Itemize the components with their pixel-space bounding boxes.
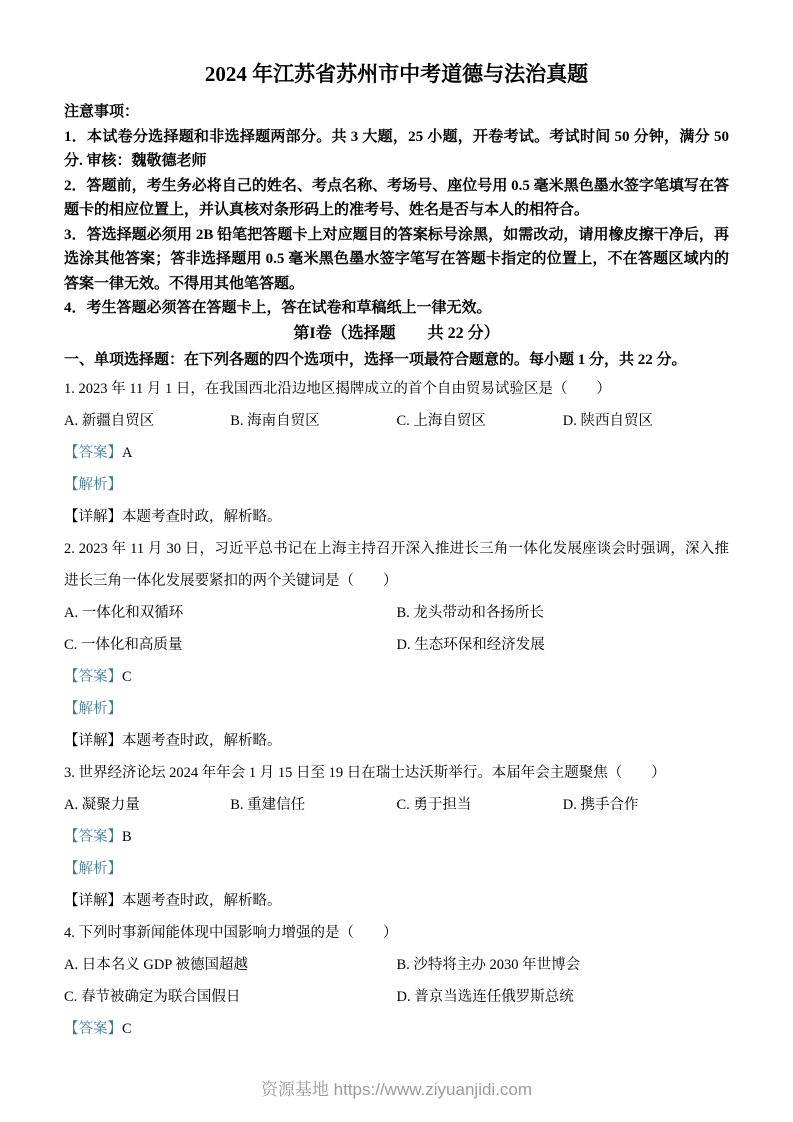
footer-text: 资源基地 https://www.ziyuanjidi.com xyxy=(261,1080,532,1099)
question-stem: 2. 2023 年 11 月 30 日，习近平总书记在上海主持召开深入推进长三角… xyxy=(64,533,729,597)
answer-label: 【答案】 xyxy=(64,669,122,685)
questions-area: 1. 2023 年 11 月 1 日，在我国西北沿边地区揭牌成立的首个自由贸易试… xyxy=(64,373,729,1045)
answer-row: 【答案】B xyxy=(64,821,729,853)
answer-row: 【答案】A xyxy=(64,437,729,469)
detail-row: 【详解】本题考查时政，解析略。 xyxy=(64,885,729,917)
notice-item-3: 3．答选择题必须用 2B 铅笔把答题卡上对应题目的答案标号涂黑，如需改动，请用橡… xyxy=(64,223,729,297)
notice-item-4: 4．考生答题必须答在答题卡上，答在试卷和草稿纸上一律无效。 xyxy=(64,296,729,321)
answer-value: C xyxy=(122,1021,132,1037)
answer-row: 【答案】C xyxy=(64,1013,729,1045)
analysis-label: 【解析】 xyxy=(64,469,729,501)
detail-label: 【详解】 xyxy=(64,733,122,749)
option-b: B. 重建信任 xyxy=(230,789,396,821)
answer-label: 【答案】 xyxy=(64,829,122,845)
detail-text: 本题考查时政，解析略。 xyxy=(122,509,282,525)
analysis-label: 【解析】 xyxy=(64,693,729,725)
answer-value: C xyxy=(122,669,132,685)
option-b: B. 海南自贸区 xyxy=(230,405,396,437)
analysis-label: 【解析】 xyxy=(64,853,729,885)
answer-value: B xyxy=(122,829,132,845)
notice-heading: 注意事项： xyxy=(64,100,729,125)
answer-label: 【答案】 xyxy=(64,1021,122,1037)
option-c: C. 上海自贸区 xyxy=(397,405,563,437)
options-grid: A. 一体化和双循环 B. 龙头带动和各扬所长 C. 一体化和高质量 D. 生态… xyxy=(64,597,729,661)
options-row: A. 新疆自贸区 B. 海南自贸区 C. 上海自贸区 D. 陕西自贸区 xyxy=(64,405,729,437)
answer-value: A xyxy=(122,445,132,461)
option-b: B. 沙特将主办 2030 年世博会 xyxy=(397,949,730,981)
answer-row: 【答案】C xyxy=(64,661,729,693)
volume-title: 第I卷（选择题 共 22 分） xyxy=(64,321,729,347)
option-a: A. 一体化和双循环 xyxy=(64,597,397,629)
option-d: D. 普京当选连任俄罗斯总统 xyxy=(397,981,730,1013)
options-row: A. 凝聚力量 B. 重建信任 C. 勇于担当 D. 携手合作 xyxy=(64,789,729,821)
option-d: D. 生态环保和经济发展 xyxy=(397,629,730,661)
detail-row: 【详解】本题考查时政，解析略。 xyxy=(64,725,729,757)
question-block-3: 3. 世界经济论坛 2024 年年会 1 月 15 日至 19 日在瑞士达沃斯举… xyxy=(64,757,729,917)
detail-label: 【详解】 xyxy=(64,893,122,909)
options-grid: A. 日本名义 GDP 被德国超越 B. 沙特将主办 2030 年世博会 C. … xyxy=(64,949,729,1013)
question-block-1: 1. 2023 年 11 月 1 日，在我国西北沿边地区揭牌成立的首个自由贸易试… xyxy=(64,373,729,533)
question-stem: 4. 下列时事新闻能体现中国影响力增强的是（ ） xyxy=(64,917,729,949)
option-c: C. 春节被确定为联合国假日 xyxy=(64,981,397,1013)
question-stem: 1. 2023 年 11 月 1 日，在我国西北沿边地区揭牌成立的首个自由贸易试… xyxy=(64,373,729,405)
option-b: B. 龙头带动和各扬所长 xyxy=(397,597,730,629)
detail-text: 本题考查时政，解析略。 xyxy=(122,733,282,749)
notice-item-2: 2．答题前，考生务必将自己的姓名、考点名称、考场号、座位号用 0.5 毫米黑色墨… xyxy=(64,174,729,223)
option-a: A. 凝聚力量 xyxy=(64,789,230,821)
option-d: D. 携手合作 xyxy=(563,789,729,821)
option-a: A. 新疆自贸区 xyxy=(64,405,230,437)
option-c: C. 勇于担当 xyxy=(397,789,563,821)
page-title: 2024 年江苏省苏州市中考道德与法治真题 xyxy=(64,58,729,90)
page-footer: 资源基地 https://www.ziyuanjidi.com xyxy=(0,1075,793,1100)
question-block-4: 4. 下列时事新闻能体现中国影响力增强的是（ ） A. 日本名义 GDP 被德国… xyxy=(64,917,729,1045)
option-d: D. 陕西自贸区 xyxy=(563,405,729,437)
detail-label: 【详解】 xyxy=(64,509,122,525)
exam-page: 2024 年江苏省苏州市中考道德与法治真题 注意事项： 1．本试卷分选择题和非选… xyxy=(0,0,793,1045)
section-intro: 一、单项选择题：在下列各题的四个选项中，选择一项最符合题意的。每小题 1 分，共… xyxy=(64,347,729,373)
notice-section: 注意事项： 1．本试卷分选择题和非选择题两部分。共 3 大题，25 小题，开卷考… xyxy=(64,100,729,321)
answer-label: 【答案】 xyxy=(64,445,122,461)
option-a: A. 日本名义 GDP 被德国超越 xyxy=(64,949,397,981)
question-block-2: 2. 2023 年 11 月 30 日，习近平总书记在上海主持召开深入推进长三角… xyxy=(64,533,729,757)
detail-text: 本题考查时政，解析略。 xyxy=(122,893,282,909)
question-stem: 3. 世界经济论坛 2024 年年会 1 月 15 日至 19 日在瑞士达沃斯举… xyxy=(64,757,729,789)
option-c: C. 一体化和高质量 xyxy=(64,629,397,661)
notice-item-1: 1．本试卷分选择题和非选择题两部分。共 3 大题，25 小题，开卷考试。考试时间… xyxy=(64,125,729,174)
detail-row: 【详解】本题考查时政，解析略。 xyxy=(64,501,729,533)
